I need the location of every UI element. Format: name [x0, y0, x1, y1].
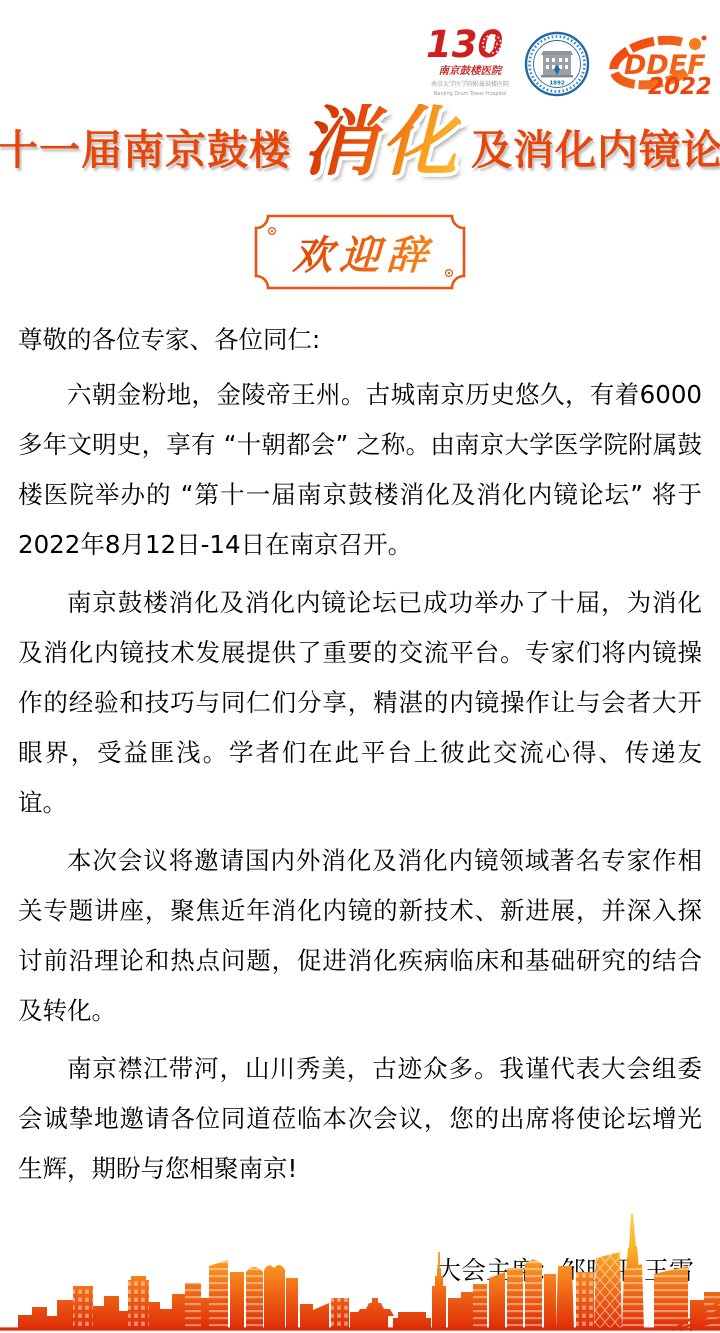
anniversary-130-logo: 130 南京鼓楼医院 南京大学医学院附属鼓楼医院 Nanjing Drum To… [424, 24, 516, 104]
plaque-label: 欢迎辞 [250, 212, 470, 292]
artdeco-tower [432, 1252, 446, 1330]
ddef-dot-large [689, 38, 701, 50]
welcome-letter: 尊敬的各位专家、各位同仁: 六朝金粉地，金陵帝王州。古城南京历史悠久，有着600… [18, 315, 702, 1296]
title-suffix: 及消化内镜论坛 [471, 117, 720, 176]
hospital-name-sub: 南京大学医学院附属鼓楼医院 [431, 80, 509, 88]
paragraph-2: 南京鼓楼消化及消化内镜论坛已成功举办了十届，为消化及消化内镜技术发展提供了重要的… [18, 578, 702, 828]
hospital-emblem-icon: 1892 [524, 31, 590, 97]
paragraph-1: 六朝金粉地，金陵帝王州。古城南京历史悠久，有着6000多年文明史，享有 “十朝都… [18, 370, 702, 570]
title-prefix: 第十一届南京鼓楼 [0, 117, 291, 176]
paragraph-3: 本次会议将邀请国内外消化及消化内镜领域著名专家作相关专题讲座，聚焦近年消化内镜的… [18, 836, 702, 1036]
header-logo-row: 130 南京鼓楼医院 南京大学医学院附属鼓楼医院 Nanjing Drum To… [424, 24, 710, 104]
ddef-2022-logo: DDEF 2022 [598, 28, 710, 100]
number-130: 130 [426, 24, 503, 66]
salutation: 尊敬的各位专家、各位同仁: [18, 315, 702, 365]
ground-line [0, 1327, 720, 1330]
city-skyline-graphic [0, 1208, 720, 1333]
emblem-year: 1892 [549, 81, 564, 87]
paragraph-4: 南京襟江带河，山川秀美，古迹众多。我谨代表大会组委会诚挚地邀请各位同道莅临本次会… [18, 1044, 702, 1194]
welcome-plaque: 欢迎辞 [252, 212, 468, 292]
anniversary-number: 130 [426, 24, 503, 66]
hospital-name-calligraphy: 南京鼓楼医院 [439, 64, 504, 77]
title-highlight-calligraphy: 消化 消化 [301, 104, 461, 180]
ddef-dot-small [702, 36, 707, 41]
emblem-building [541, 51, 573, 77]
page-title: 第十一届南京鼓楼 消化 消化 及消化内镜论坛 [0, 96, 720, 196]
gate-silhouette [393, 1312, 431, 1330]
